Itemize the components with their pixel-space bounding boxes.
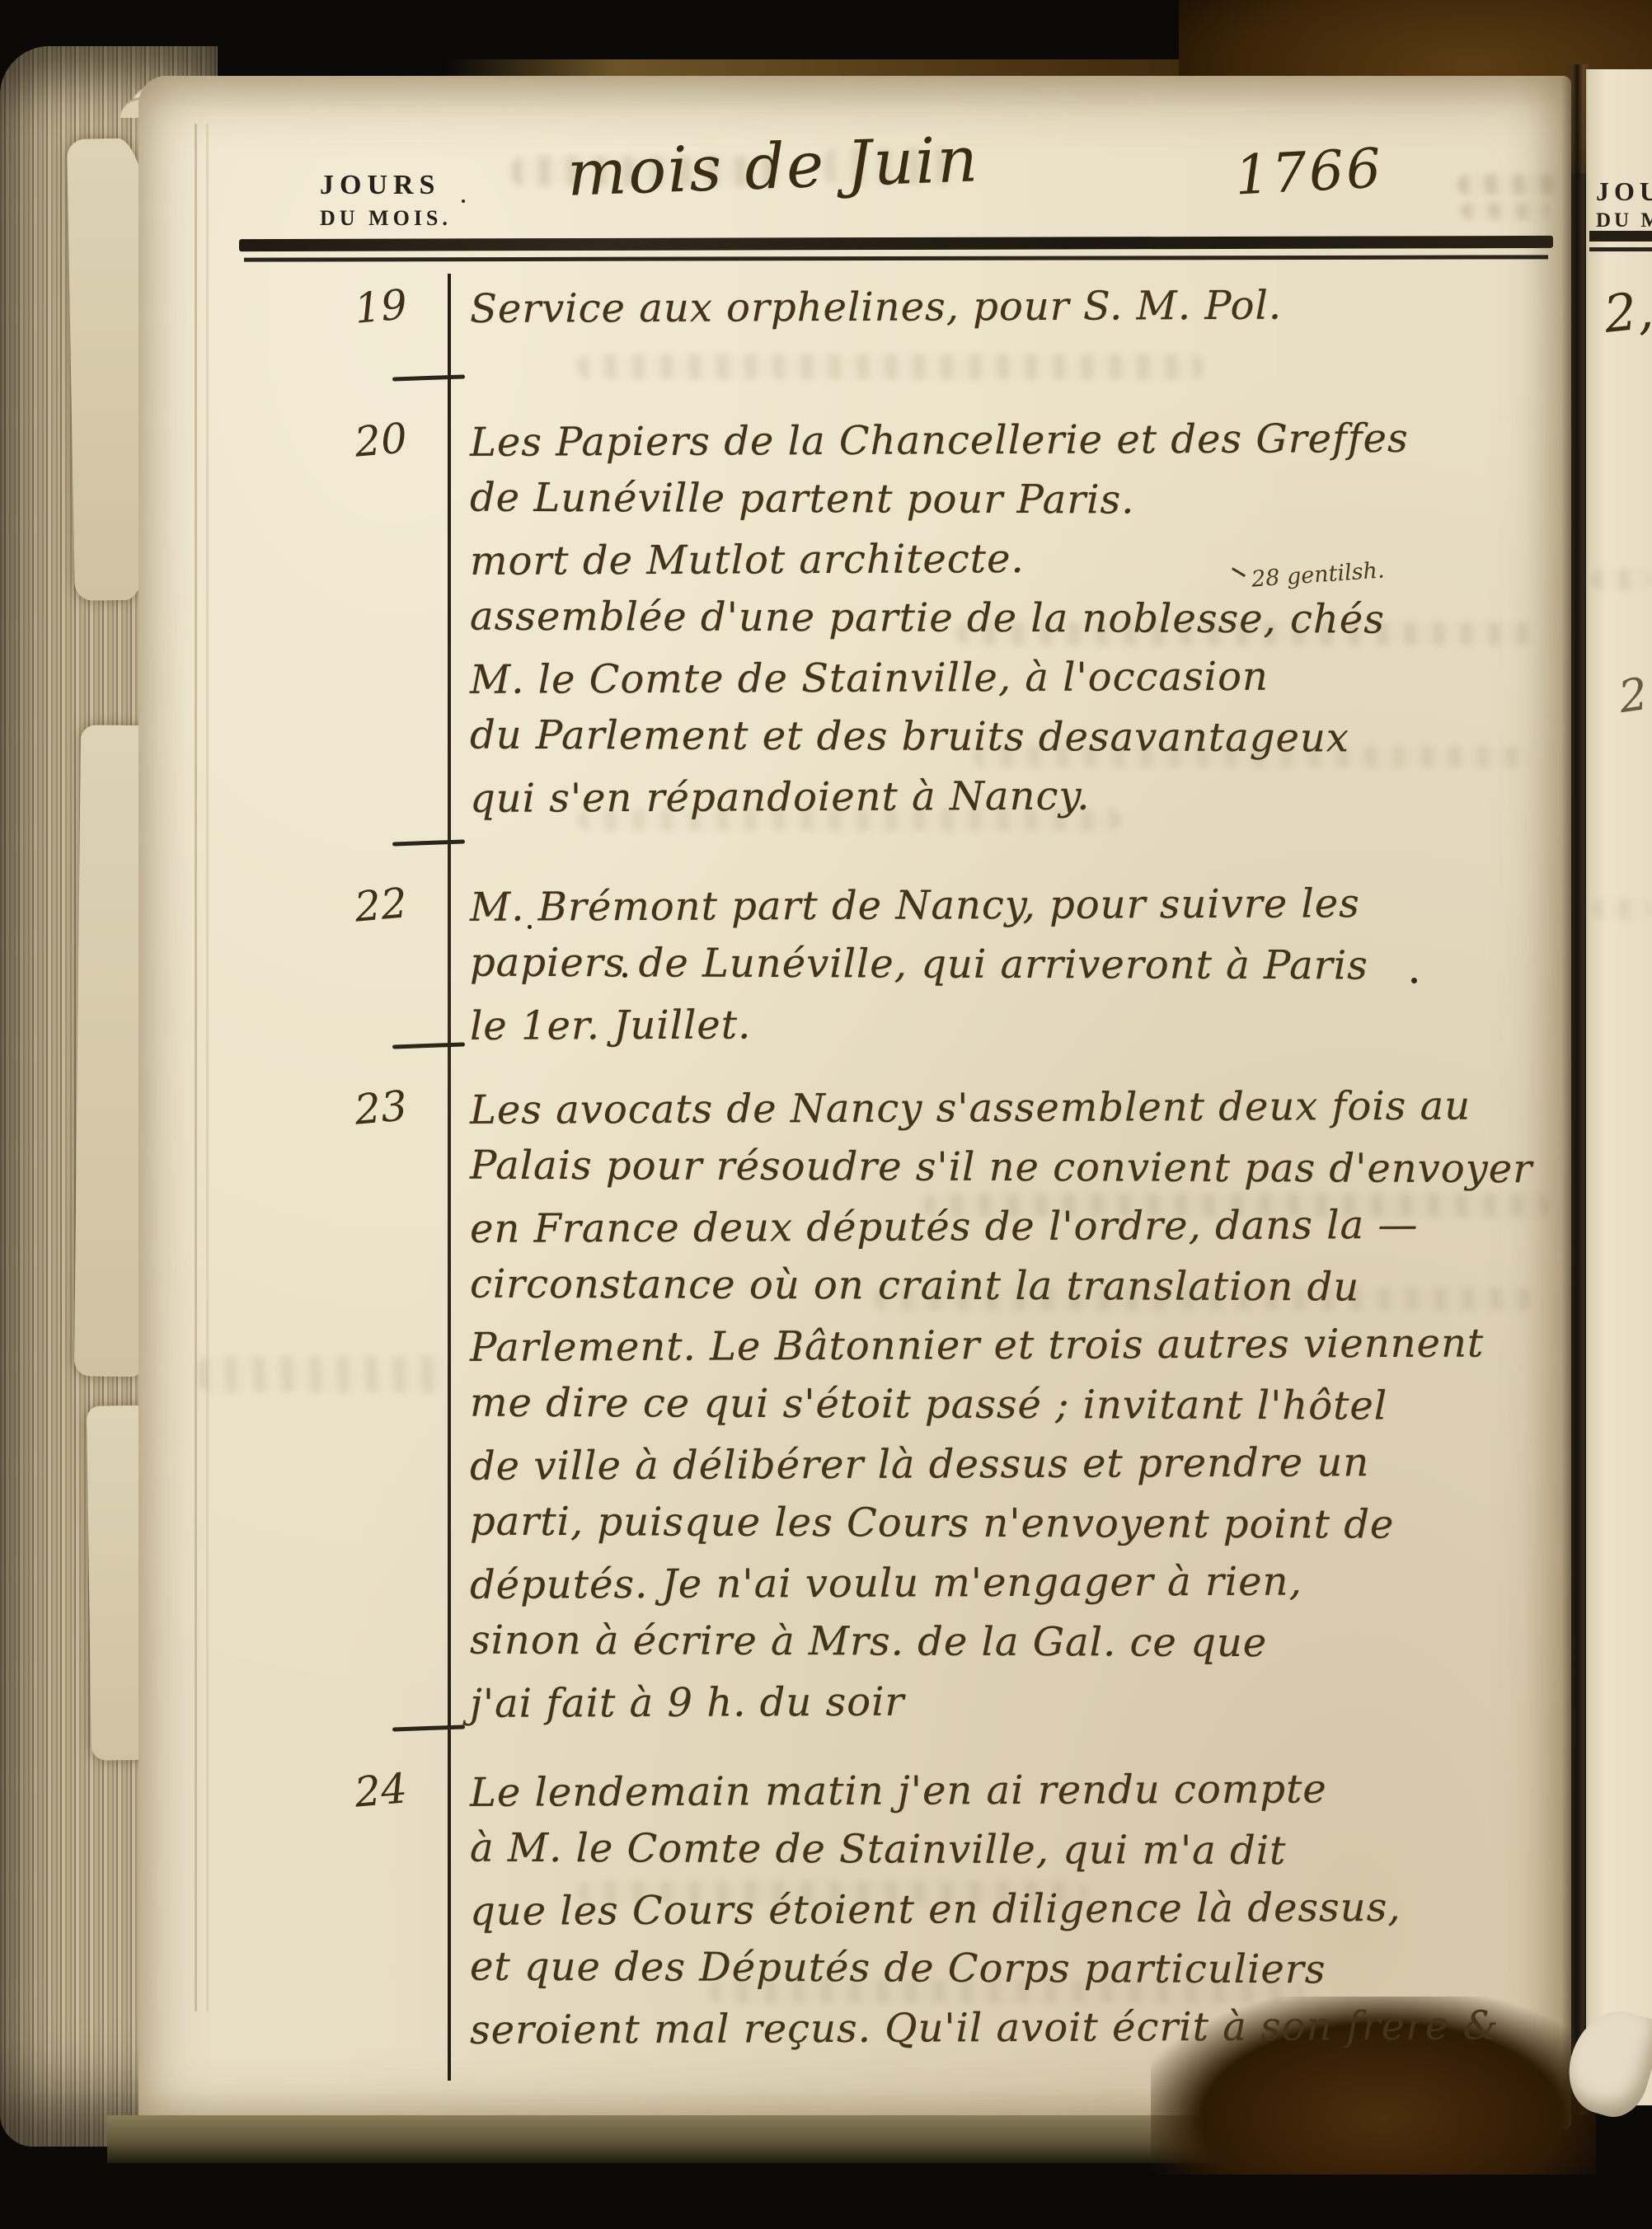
- adjacent-jours-label: JOU: [1596, 175, 1652, 208]
- entry-lines: Les avocats de Nancy s'assemblent deux f…: [470, 1078, 1566, 1731]
- entry-line: de ville à délibérer là dessus et prendr…: [470, 1432, 1566, 1496]
- adjacent-header-rule: [1589, 231, 1652, 242]
- entry-line: M. Brémont part de Nancy, pour suivre le…: [470, 873, 1566, 937]
- bleedthrough-printed-ghost: [1457, 175, 1558, 195]
- journal-entry: 22M. Brémont part de Nancy, pour suivre …: [470, 875, 1566, 1053]
- entry-line: du Parlement et des bruits desavantageux: [470, 706, 1566, 769]
- entry-line: députés. Je n'ai voulu m'engager à rien,: [470, 1551, 1566, 1615]
- entry-line: le 1er. Juillet.: [470, 992, 1566, 1056]
- month-title: mois de Juin: [566, 128, 980, 204]
- page-stack-edge-left: [195, 124, 197, 2011]
- entries: 19Service aux orphelines, pour S. M. Pol…: [470, 277, 1566, 2058]
- entry-line: papiers de Lunéville, qui arriveront à P…: [470, 933, 1566, 997]
- paper-speck: [462, 199, 465, 203]
- entry-line: Parlement. Le Bâtonnier et trois autres …: [470, 1313, 1566, 1377]
- day-number: 22: [344, 872, 418, 937]
- page-stack-edge-left: [206, 124, 209, 2011]
- entry-line: Les Papiers de la Chancellerie et des Gr…: [470, 408, 1566, 472]
- entry-line: que les Cours étoient en diligence là de…: [470, 1877, 1566, 1941]
- jours-label: JOURS: [320, 170, 452, 200]
- journal-entry: 23Les avocats de Nancy s'assemblent deux…: [470, 1078, 1566, 1731]
- entry-line: Service aux orphelines, pour S. M. Pol.: [470, 275, 1566, 339]
- adjacent-day-number: 2: [1616, 668, 1651, 723]
- bottom-table-shadow: [107, 2115, 1311, 2163]
- entry-line: mort de Mutlot architecte.: [470, 527, 1566, 591]
- adjacent-day-number: 2,: [1601, 279, 1652, 345]
- adjacent-page-header: JOU DU M: [1596, 175, 1652, 233]
- adjacent-du-mois-label: DU M: [1596, 208, 1652, 233]
- adjacent-page: JOU DU M 2, 2: [1586, 69, 1652, 2105]
- entry-line: Le lendemain matin j'en ai rendu compte: [470, 1758, 1566, 1823]
- day-number: 20: [344, 407, 418, 472]
- journal-entry: 24Le lendemain matin j'en ai rendu compt…: [470, 1761, 1566, 2058]
- entry-line: M. le Comte de Stainville, à l'occasion: [470, 645, 1566, 710]
- bleedthrough-ghost: [198, 1356, 445, 1392]
- entry-line: parti, puisque les Cours n'envoyent poin…: [470, 1492, 1566, 1556]
- du-mois-label: DU MOIS.: [320, 207, 452, 231]
- day-column-rule: [448, 274, 451, 2081]
- manuscript-photo: JOU DU M 2, 2 JOURS DU MOIS. mois de Jui…: [0, 0, 1652, 2229]
- entry-line: assemblée d'une partie de la noblesse, c…: [470, 587, 1566, 650]
- entry-line: seroient mal reçus. Qu'il avoit écrit à …: [470, 1996, 1566, 2060]
- entry-line: circonstance où on craint la translation…: [470, 1255, 1566, 1318]
- printed-header: JOURS DU MOIS.: [320, 170, 452, 231]
- entry-line: à M. le Comte de Stainville, qui m'a dit: [470, 1818, 1566, 1882]
- entry-line: Les avocats de Nancy s'assemblent deux f…: [470, 1076, 1566, 1140]
- entry-lines: M. Brémont part de Nancy, pour suivre le…: [470, 875, 1566, 1053]
- entry-line: j'ai fait à 9 h. du soir: [470, 1669, 1566, 1734]
- journal-entry: 20Les Papiers de la Chancellerie et des …: [470, 411, 1566, 826]
- bleedthrough-printed-ghost: [1461, 203, 1550, 219]
- day-number: 23: [344, 1075, 418, 1140]
- entry-line: sinon à écrire à Mrs. de la Gal. ce que: [470, 1611, 1566, 1674]
- entry-line: qui s'en répandoient à Nancy.: [470, 764, 1566, 828]
- entry-lines: Les Papiers de la Chancellerie et des Gr…: [470, 411, 1566, 826]
- day-number: 19: [344, 274, 418, 339]
- bleedthrough-ghost: [1591, 569, 1652, 590]
- journal-entry: 19Service aux orphelines, pour S. M. Pol…: [470, 277, 1566, 336]
- entry-line: et que des Députés de Corps particuliers: [470, 1937, 1566, 2001]
- entry-lines: Le lendemain matin j'en ai rendu compteà…: [470, 1761, 1566, 2058]
- entry-line: me dire ce qui s'étoit passé ; invitant …: [470, 1373, 1566, 1437]
- entry-lines: Service aux orphelines, pour S. M. Pol.: [470, 277, 1566, 336]
- entry-line: de Lunéville partent pour Paris.: [470, 468, 1566, 532]
- adjacent-header-rule-thin: [1589, 247, 1652, 251]
- year: 1766: [1233, 141, 1384, 203]
- bleedthrough-ghost: [1591, 899, 1652, 920]
- day-number: 24: [344, 1757, 418, 1823]
- entry-line: en France deux députés de l'ordre, dans …: [470, 1194, 1566, 1259]
- entry-line: Palais pour résoudre s'il ne convient pa…: [470, 1136, 1566, 1199]
